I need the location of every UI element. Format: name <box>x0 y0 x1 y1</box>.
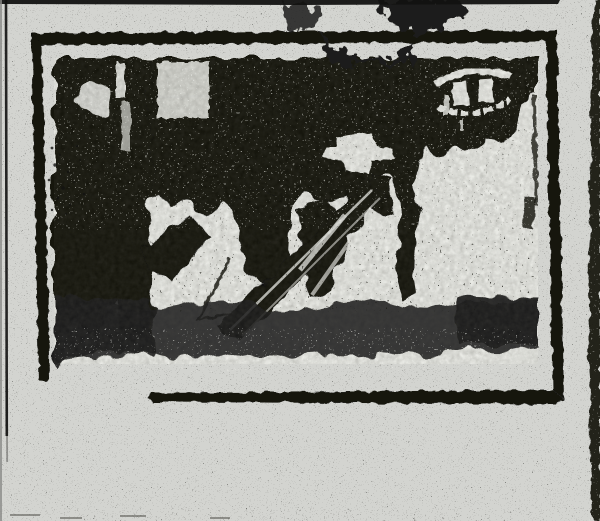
dust-dot <box>59 154 61 156</box>
artwork-scan <box>0 0 600 521</box>
bottom-speck-row <box>0 508 600 521</box>
scanned-print <box>0 0 600 521</box>
dust-dot <box>79 159 81 161</box>
dust-dot <box>51 147 54 150</box>
dust-dot <box>51 209 53 211</box>
dust-dot <box>57 197 60 200</box>
right-edge-specks <box>589 0 600 521</box>
dust-dot <box>61 186 65 190</box>
white-specks-ground <box>54 328 538 372</box>
dust-dot <box>67 171 69 173</box>
scan-edge-top <box>0 0 560 5</box>
dust-dot <box>83 193 86 196</box>
left-edge-line <box>6 0 7 436</box>
dust-dot <box>69 204 71 206</box>
dust-dot <box>65 213 67 215</box>
paper-edge-shadow <box>0 0 2 521</box>
left-edge-line-fade <box>7 380 8 462</box>
dust-dot <box>48 179 51 182</box>
dust-dot <box>73 181 75 183</box>
dark-specks-lower <box>54 238 538 312</box>
dust-dot <box>76 145 78 147</box>
photo-print <box>54 58 538 372</box>
dust-dot <box>53 163 56 166</box>
